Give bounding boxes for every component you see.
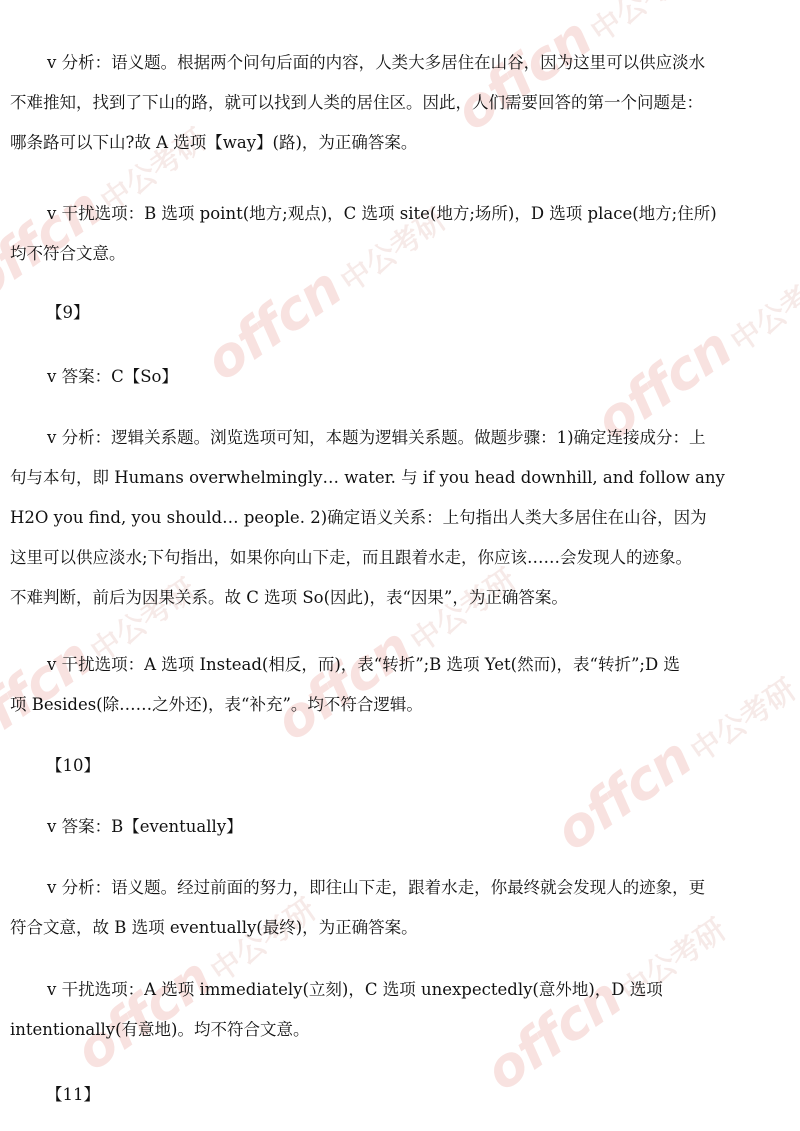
distractor-paragraph-q9: v 干扰选项：A 选项 Instead(相反，而)，表“转折”;B 选项 Yet… — [10, 645, 800, 725]
analysis-paragraph-q9: v 分析：逻辑关系题。浏览选项可知，本题为逻辑关系题。做题步骤：1)确定连接成分… — [10, 418, 800, 618]
analysis-paragraph-q8: v 分析：语义题。根据两个问句后面的内容，人类大多居住在山谷，因为这里可以供应淡… — [10, 43, 800, 163]
document-page: v 分析：语义题。根据两个问句后面的内容，人类大多居住在山谷，因为这里可以供应淡… — [0, 0, 800, 1131]
question-heading-11: 【11】 — [46, 1080, 100, 1110]
text-line: 句与本句，即 Humans overwhelmingly… water. 与 i… — [10, 458, 800, 498]
text-line: 哪条路可以下山?故 A 选项【way】(路)，为正确答案。 — [10, 123, 800, 163]
text-line: v 分析：语义题。经过前面的努力，即往山下走，跟着水走，你最终就会发现人的迹象，… — [10, 868, 800, 908]
answer-paragraph-q9: v 答案：C【So】 — [10, 357, 800, 397]
question-heading-9: 【9】 — [46, 298, 90, 328]
text-line: H2O you find, you should… people. 2)确定语义… — [10, 498, 800, 538]
text-line: 符合文意，故 B 选项 eventually(最终)，为正确答案。 — [10, 908, 800, 948]
distractor-paragraph-q10: v 干扰选项：A 选项 immediately(立刻)，C 选项 unexpec… — [10, 970, 800, 1050]
text-line: v 干扰选项：A 选项 immediately(立刻)，C 选项 unexpec… — [10, 970, 800, 1010]
analysis-paragraph-q10: v 分析：语义题。经过前面的努力，即往山下走，跟着水走，你最终就会发现人的迹象，… — [10, 868, 800, 948]
text-line: v 干扰选项：A 选项 Instead(相反，而)，表“转折”;B 选项 Yet… — [10, 645, 800, 685]
text-line: 这里可以供应淡水;下句指出，如果你向山下走，而且跟着水走，你应该……会发现人的迹… — [10, 538, 800, 578]
text-line: v 分析：逻辑关系题。浏览选项可知，本题为逻辑关系题。做题步骤：1)确定连接成分… — [10, 418, 800, 458]
text-line: v 答案：C【So】 — [10, 357, 800, 397]
text-line: v 答案：B【eventually】 — [10, 807, 800, 847]
text-line: 均不符合文意。 — [10, 234, 800, 274]
distractor-paragraph-q8: v 干扰选项：B 选项 point(地方;观点)，C 选项 site(地方;场所… — [10, 194, 800, 274]
question-heading-10: 【10】 — [46, 751, 100, 781]
text-line: v 分析：语义题。根据两个问句后面的内容，人类大多居住在山谷，因为这里可以供应淡… — [10, 43, 800, 83]
text-line: intentionally(有意地)。均不符合文意。 — [10, 1010, 800, 1050]
text-line: 不难判断，前后为因果关系。故 C 选项 So(因此)，表“因果”，为正确答案。 — [10, 578, 800, 618]
answer-paragraph-q10: v 答案：B【eventually】 — [10, 807, 800, 847]
text-line: 不难推知，找到了下山的路，就可以找到人类的居住区。因此，人们需要回答的第一个问题… — [10, 83, 800, 123]
text-line: 项 Besides(除……之外还)，表“补充”。均不符合逻辑。 — [10, 685, 800, 725]
text-line: v 干扰选项：B 选项 point(地方;观点)，C 选项 site(地方;场所… — [10, 194, 800, 234]
